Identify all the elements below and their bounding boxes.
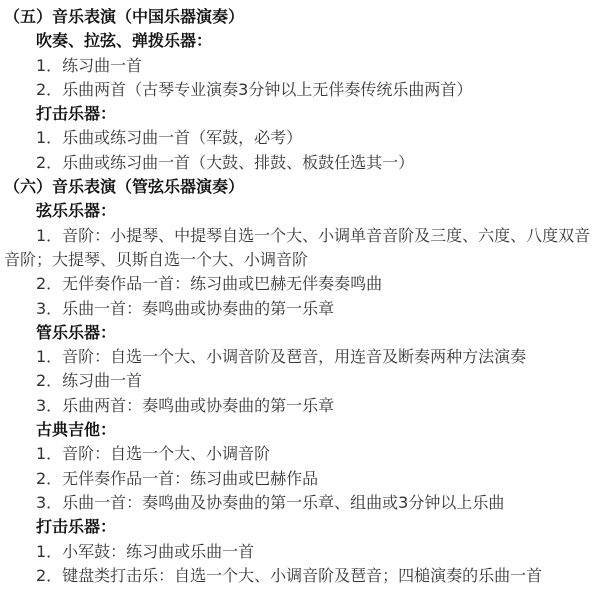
subsection-strings: 弦乐乐器： [4,199,605,223]
section-heading-5: （五）音乐表演（中国乐器演奏） [4,5,605,29]
list-item: 1．乐曲或练习曲一首（军鼓，必考） [4,126,605,150]
list-item: 3．乐曲两首：奏鸣曲或协奏曲的第一乐章 [4,394,605,418]
subsection-wind-string-plucked: 吹奏、拉弦、弹拨乐器： [4,29,605,53]
document-body: （五）音乐表演（中国乐器演奏） 吹奏、拉弦、弹拨乐器： 1．练习曲一首 2．乐曲… [0,0,610,588]
subsection-classical-guitar: 古典吉他： [4,418,605,442]
list-item: 2．乐曲或练习曲一首（大鼓、排鼓、板鼓任选其一） [4,151,605,175]
list-item: 1．练习曲一首 [4,54,605,78]
list-item: 2．乐曲两首（古琴专业演奏3分钟以上无伴奏传统乐曲两首） [4,78,605,102]
list-item: 3．乐曲一首：奏鸣曲或协奏曲的第一乐章 [4,297,605,321]
list-item: 1．音阶：自选一个大、小调音阶及琶音，用连音及断奏两种方法演奏 [4,345,605,369]
list-item: 2．键盘类打击乐：自选一个大、小调音阶及琶音；四槌演奏的乐曲一首 [4,564,605,588]
list-item: 2．无伴奏作品一首：练习曲或巴赫作品 [4,467,605,491]
list-item: 1．音阶：小提琴、中提琴自选一个大、小调单音音阶及三度、六度、八度双音音阶；大提… [4,224,605,273]
list-item: 3．乐曲一首：奏鸣曲及协奏曲的第一乐章、组曲或3分钟以上乐曲 [4,491,605,515]
list-item: 1．音阶：自选一个大、小调音阶 [4,442,605,466]
list-item: 1．小军鼓：练习曲或乐曲一首 [4,540,605,564]
list-item: 2．练习曲一首 [4,369,605,393]
subsection-percussion-orchestral: 打击乐器： [4,515,605,539]
subsection-winds: 管乐乐器： [4,321,605,345]
list-item: 2．无伴奏作品一首：练习曲或巴赫无伴奏奏鸣曲 [4,272,605,296]
section-heading-6: （六）音乐表演（管弦乐器演奏） [4,175,605,199]
subsection-percussion-chinese: 打击乐器： [4,102,605,126]
